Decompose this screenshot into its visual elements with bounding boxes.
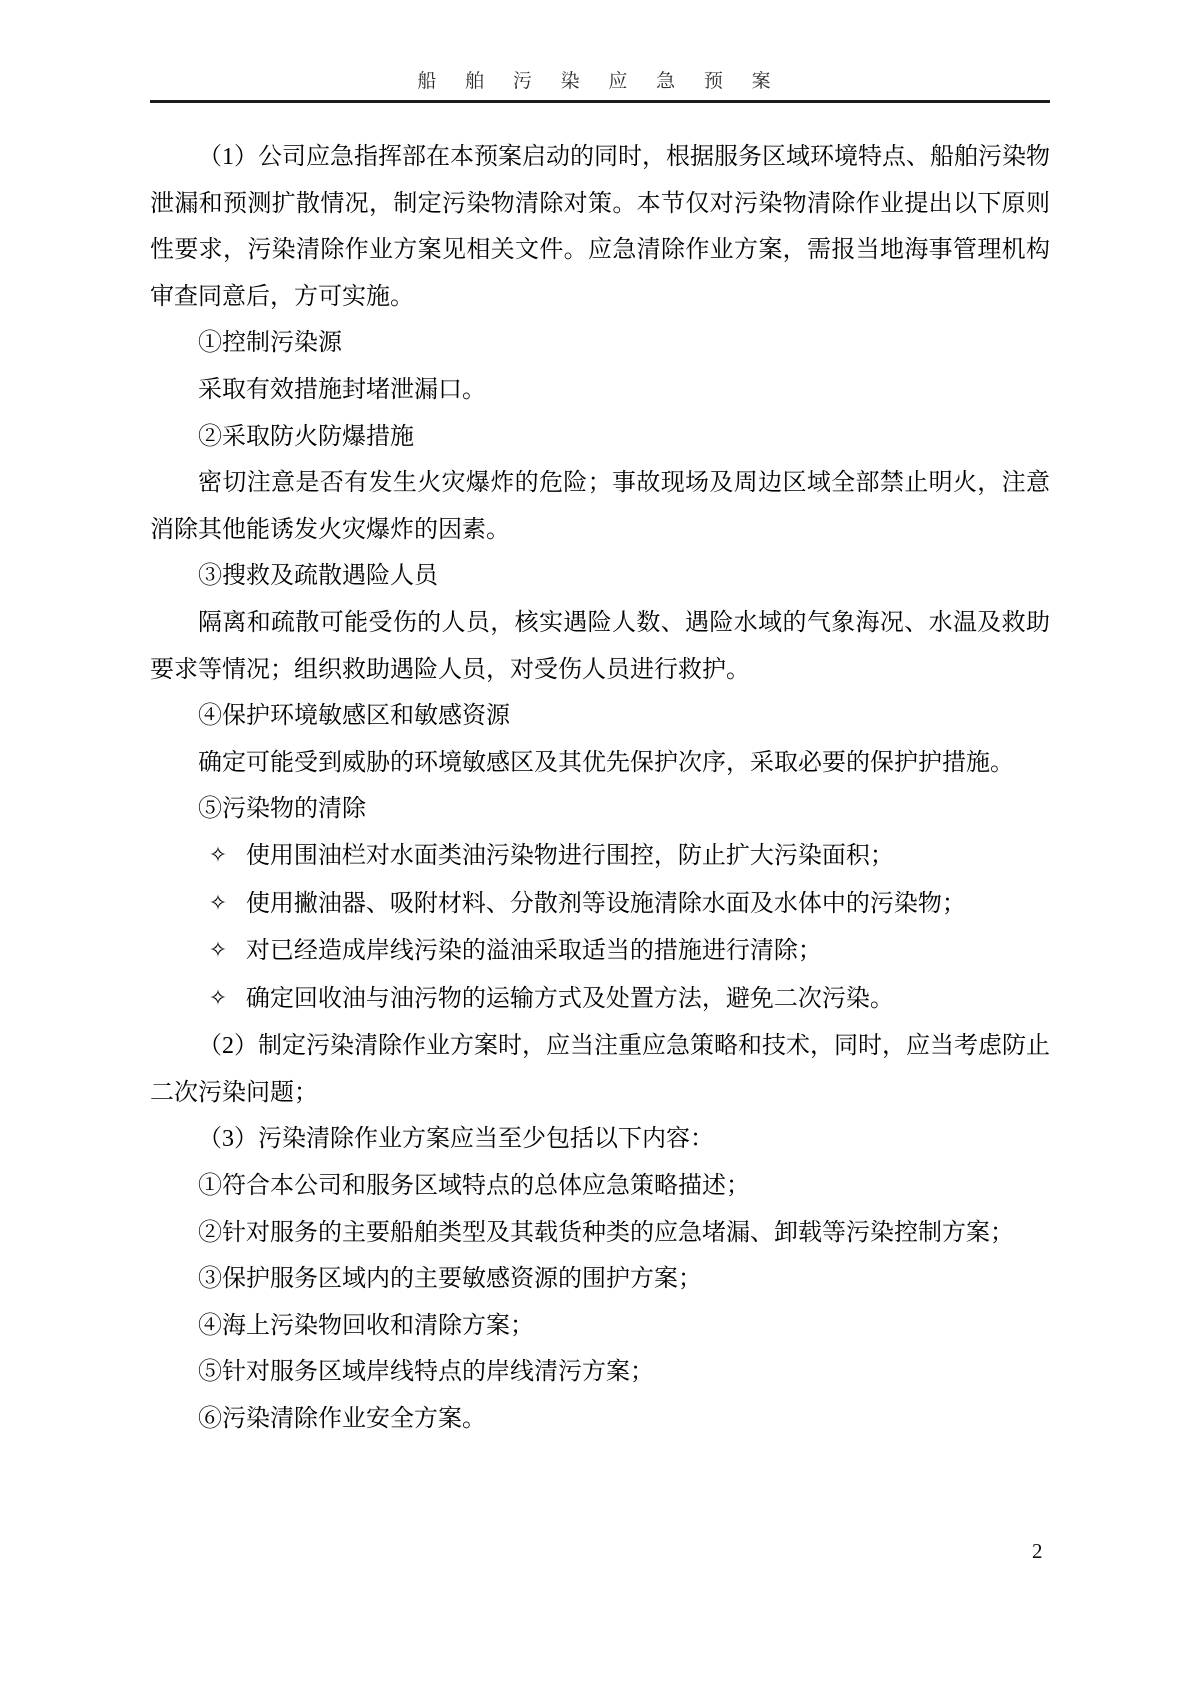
bullet-item: ✧确定回收油与油污物的运输方式及处置方法，避免二次污染。 [150, 976, 1050, 1024]
header-rule [150, 100, 1050, 103]
page-number: 2 [1032, 1539, 1043, 1564]
page-header: 船 舶 污 染 应 急 预 案 [150, 66, 1050, 103]
paragraph: ①控制污染源 [150, 320, 1050, 367]
paragraph: ⑥污染清除作业安全方案。 [150, 1396, 1050, 1443]
paragraph: 隔离和疏散可能受伤的人员，核实遇险人数、遇险水域的气象海况、水温及救助要求等情况… [150, 600, 1050, 693]
bullet-text: 确定回收油与油污物的运输方式及处置方法，避免二次污染。 [246, 986, 894, 1012]
document-page: 船 舶 污 染 应 急 预 案 （1）公司应急指挥部在本预案启动的同时，根据服务… [0, 0, 1191, 1684]
paragraph: （1）公司应急指挥部在本预案启动的同时，根据服务区域环境特点、船舶污染物泄漏和预… [150, 134, 1050, 320]
bullet-item: ✧使用撇油器、吸附材料、分散剂等设施清除水面及水体中的污染物； [150, 881, 1050, 929]
paragraph: ④海上污染物回收和清除方案； [150, 1303, 1050, 1350]
paragraph: 采取有效措施封堵泄漏口。 [150, 367, 1050, 414]
paragraph: ②针对服务的主要船舶类型及其载货种类的应急堵漏、卸载等污染控制方案； [150, 1210, 1050, 1257]
document-body: （1）公司应急指挥部在本预案启动的同时，根据服务区域环境特点、船舶污染物泄漏和预… [150, 134, 1050, 1443]
paragraph: ①符合本公司和服务区域特点的总体应急策略描述； [150, 1163, 1050, 1210]
diamond-bullet-icon: ✧ [209, 938, 227, 963]
bullet-item: ✧对已经造成岸线污染的溢油采取适当的措施进行清除； [150, 928, 1050, 976]
paragraph: （3）污染清除作业方案应当至少包括以下内容： [150, 1116, 1050, 1163]
paragraph: ③搜救及疏散遇险人员 [150, 553, 1050, 600]
paragraph: ⑤污染物的清除 [150, 786, 1050, 833]
bullet-text: 使用撇油器、吸附材料、分散剂等设施清除水面及水体中的污染物； [246, 891, 966, 917]
bullet-text: 对已经造成岸线污染的溢油采取适当的措施进行清除； [246, 938, 822, 964]
paragraph: 密切注意是否有发生火灾爆炸的危险；事故现场及周边区域全部禁止明火，注意消除其他能… [150, 460, 1050, 553]
header-title: 船 舶 污 染 应 急 预 案 [417, 66, 782, 93]
bullet-item: ✧使用围油栏对水面类油污染物进行围控，防止扩大污染面积； [150, 833, 1050, 881]
paragraph: ②采取防火防爆措施 [150, 414, 1050, 461]
paragraph: ④保护环境敏感区和敏感资源 [150, 693, 1050, 740]
bullet-text: 使用围油栏对水面类油污染物进行围控，防止扩大污染面积； [246, 843, 894, 869]
diamond-bullet-icon: ✧ [209, 843, 227, 868]
diamond-bullet-icon: ✧ [209, 986, 227, 1011]
paragraph: ③保护服务区域内的主要敏感资源的围护方案； [150, 1256, 1050, 1303]
paragraph: ⑤针对服务区域岸线特点的岸线清污方案； [150, 1349, 1050, 1396]
paragraph: （2）制定污染清除作业方案时，应当注重应急策略和技术，同时，应当考虑防止二次污染… [150, 1023, 1050, 1116]
paragraph: 确定可能受到威胁的环境敏感区及其优先保护次序，采取必要的保护护措施。 [150, 740, 1050, 787]
diamond-bullet-icon: ✧ [209, 891, 227, 916]
